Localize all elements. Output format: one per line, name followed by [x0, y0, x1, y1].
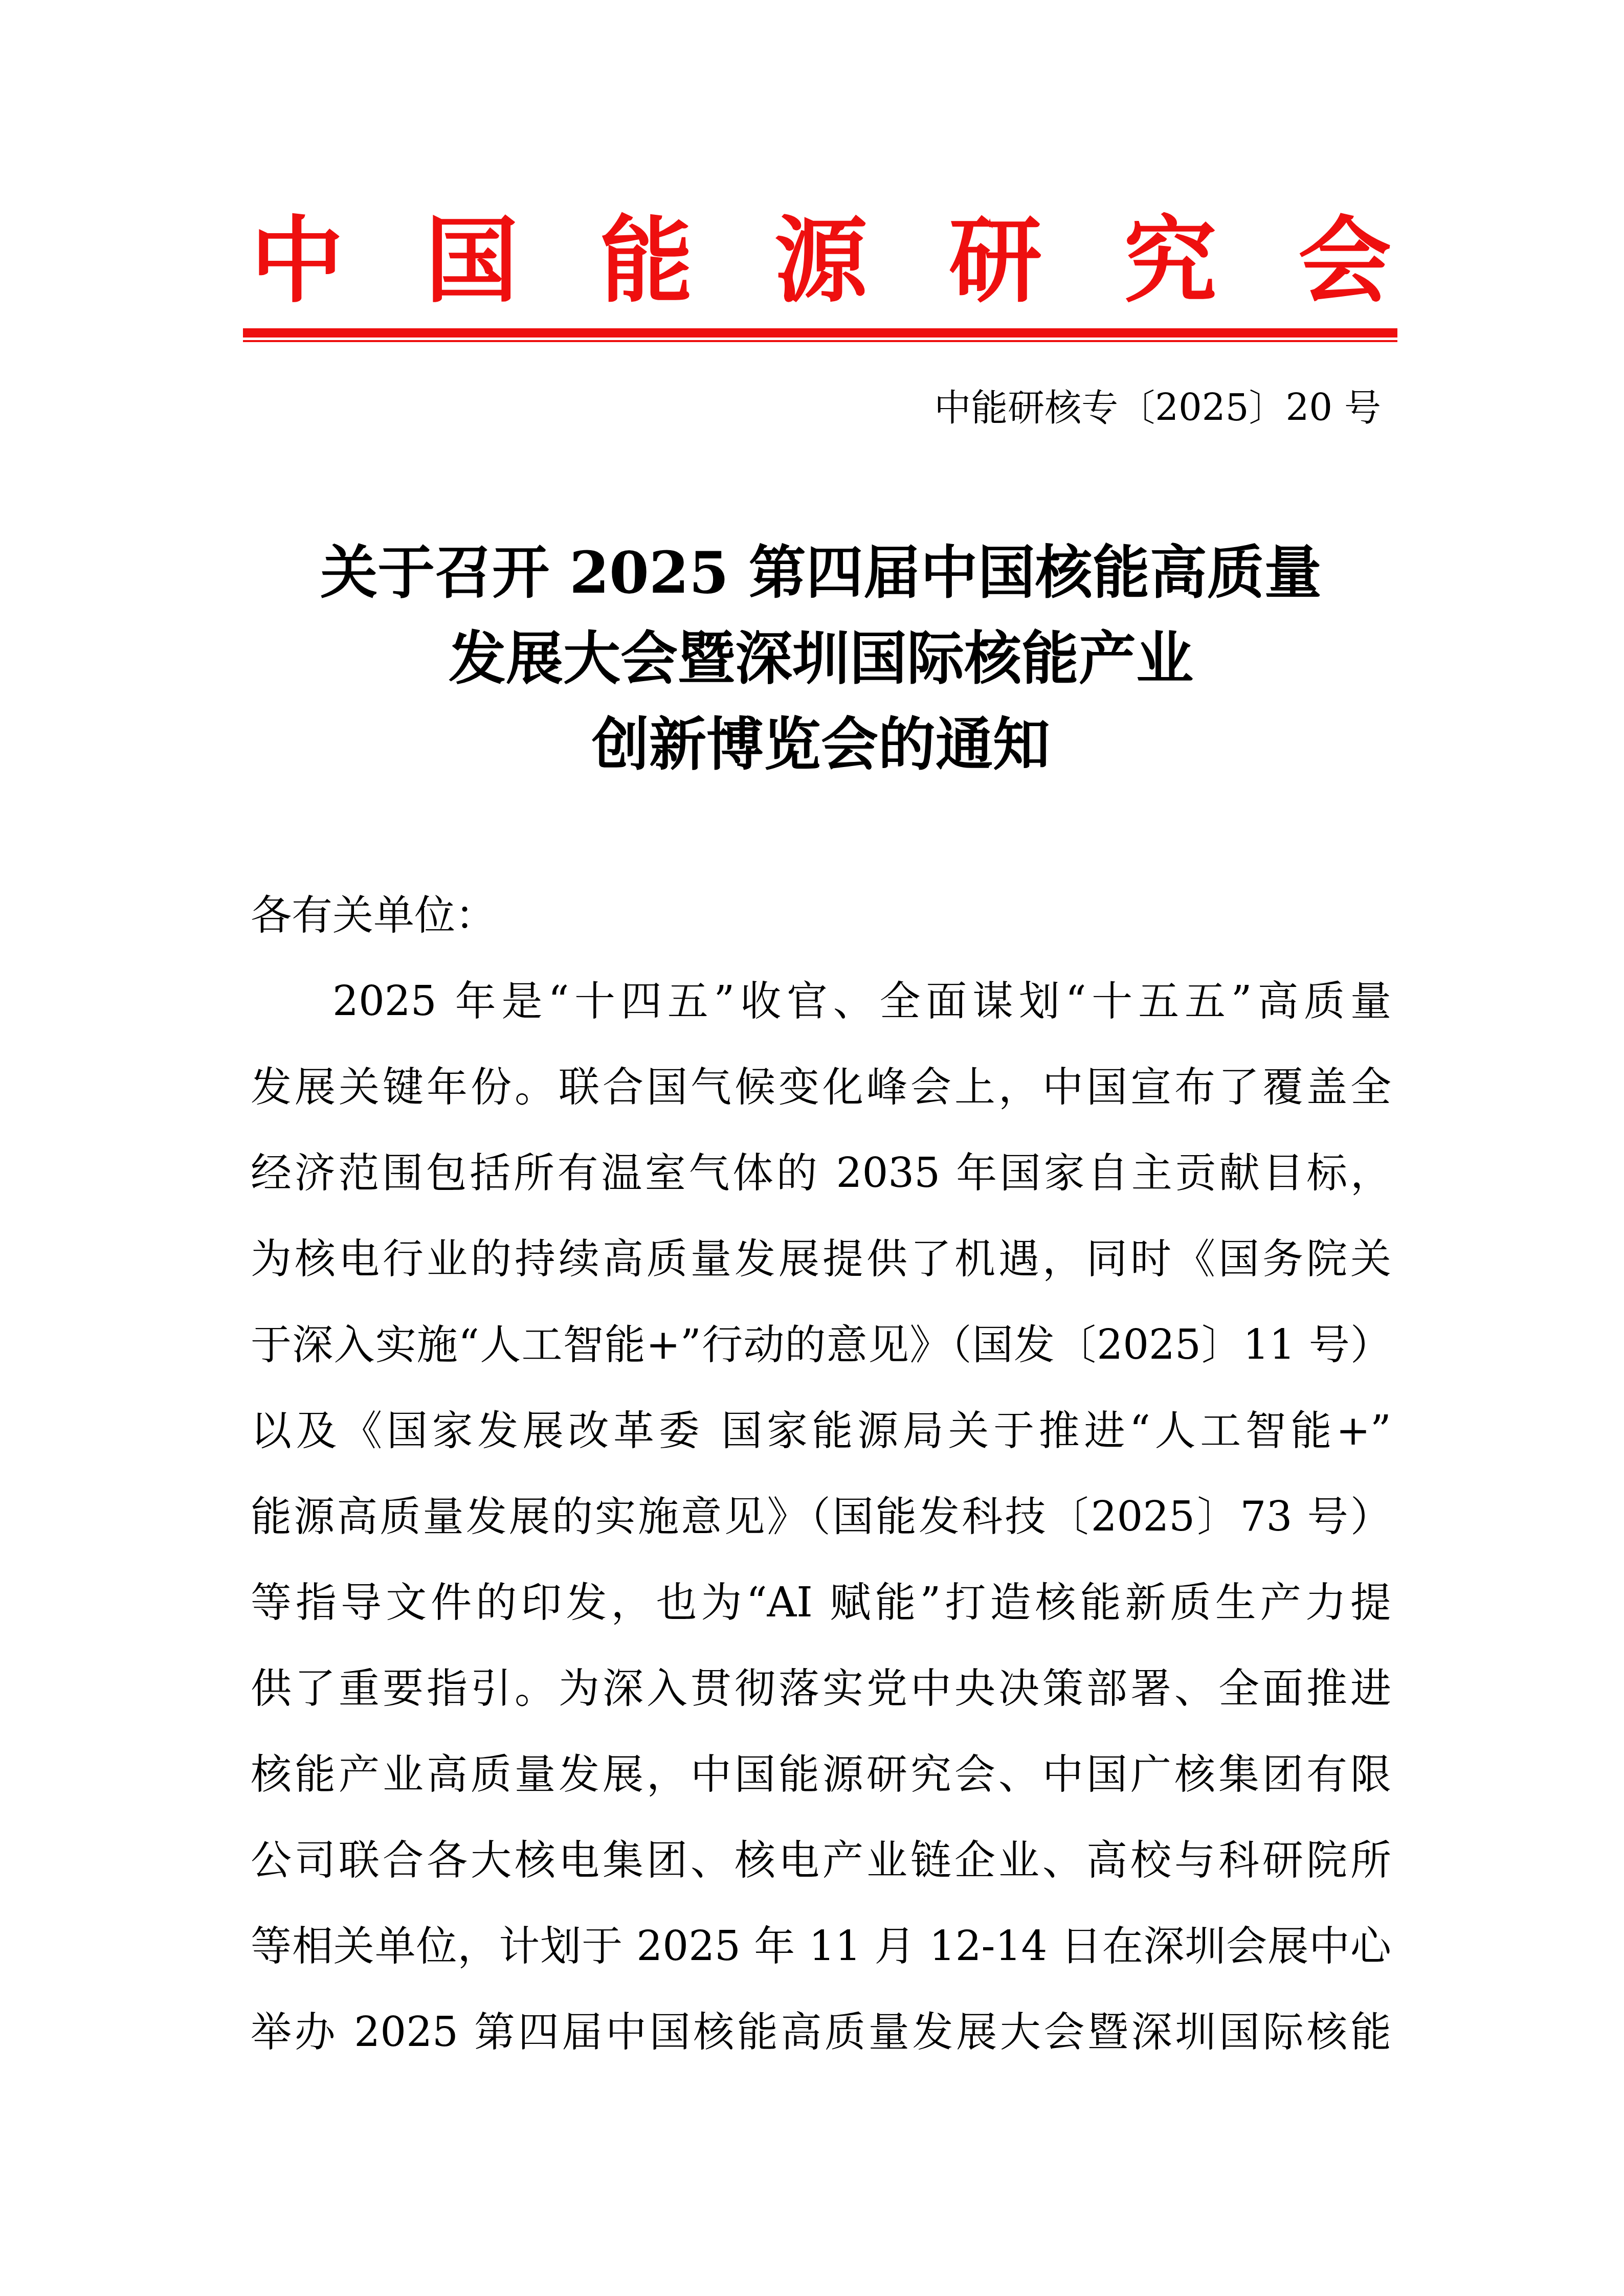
paragraph-line: 能源高质量发展的实施意见》（国能发科技〔2025〕73 号）	[251, 1474, 1391, 1560]
title-line-2: 发展大会暨深圳国际核能产业	[251, 616, 1391, 702]
paragraph-line: 等相关单位，计划于 2025 年 11 月 12-14 日在深圳会展中心	[251, 1903, 1391, 1989]
title-line-3: 创新博览会的通知	[251, 702, 1391, 788]
paragraph-line: 经济范围包括所有温室气体的 2035 年国家自主贡献目标，	[251, 1130, 1391, 1216]
official-document-page: 中国能源研究会 中能研核专〔2025〕20 号 关于召开 2025 第四届中国核…	[0, 0, 1624, 2296]
document-number: 中能研核专〔2025〕20 号	[251, 387, 1391, 428]
paragraph-line: 公司联合各大核电集团、核电产业链企业、高校与科研院所	[251, 1817, 1391, 1903]
red-divider-thin-line	[243, 340, 1397, 342]
document-title: 关于召开 2025 第四届中国核能高质量 发展大会暨深圳国际核能产业 创新博览会…	[251, 530, 1391, 788]
salutation-line: 各有关单位：	[251, 872, 1391, 958]
red-divider-thick-line	[243, 328, 1397, 337]
paragraph-line: 供了重要指引。为深入贯彻落实党中央决策部署、全面推进	[251, 1646, 1391, 1731]
document-body: 各有关单位： 2025 年是“十四五”收官、全面谋划“十五五”高质量 发展关键年…	[251, 872, 1391, 2075]
paragraph-line: 举办 2025 第四届中国核能高质量发展大会暨深圳国际核能	[251, 1989, 1391, 2075]
paragraph-line: 以及《国家发展改革委 国家能源局关于推进“人工智能+”	[251, 1388, 1391, 1474]
letterhead-org-name: 中国能源研究会	[251, 214, 1391, 307]
red-divider	[243, 328, 1397, 342]
paragraph-line: 于深入实施“人工智能+”行动的意见》（国发〔2025〕11 号）	[251, 1302, 1391, 1388]
paragraph-line: 2025 年是“十四五”收官、全面谋划“十五五”高质量	[251, 958, 1391, 1044]
paragraph-line: 为核电行业的持续高质量发展提供了机遇，同时《国务院关	[251, 1216, 1391, 1302]
paragraph-line: 核能产业高质量发展，中国能源研究会、中国广核集团有限	[251, 1731, 1391, 1817]
title-line-1: 关于召开 2025 第四届中国核能高质量	[251, 530, 1391, 616]
paragraph-line: 等指导文件的印发，也为“AI 赋能”打造核能新质生产力提	[251, 1560, 1391, 1646]
paragraph-line: 发展关键年份。联合国气候变化峰会上，中国宣布了覆盖全	[251, 1044, 1391, 1130]
